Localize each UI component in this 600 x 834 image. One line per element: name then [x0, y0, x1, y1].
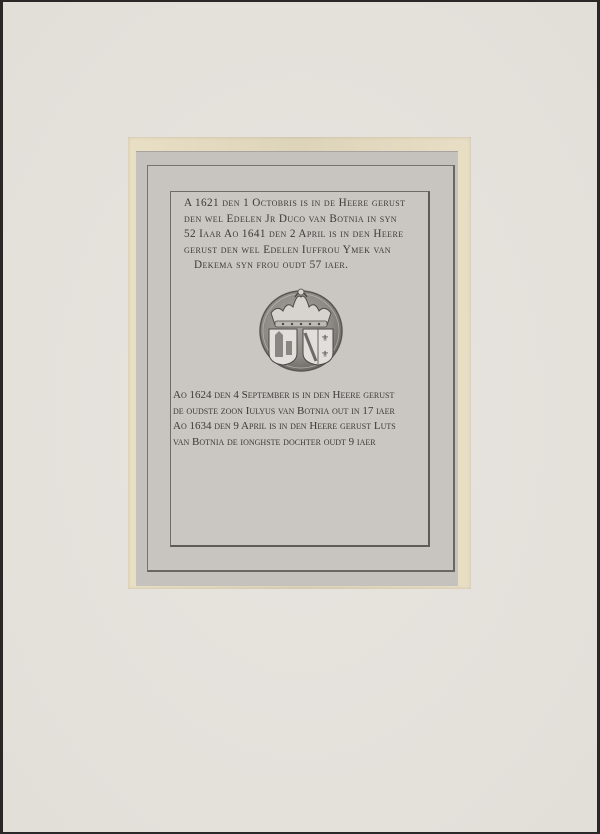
top-inscription: A 1621 den 1 Octobris is in de Heere ger…: [184, 196, 405, 274]
inscription-line: gerust den wel Edelen Iuffrou Ymek van: [184, 243, 405, 259]
inscription-line: 52 Iaar Ao 1641 den 2 April is in den He…: [184, 227, 405, 243]
inscription-line: Ao 1634 den 9 April is in den Heere geru…: [173, 419, 396, 435]
inscription-line: Ao 1624 den 4 September is in den Heere …: [173, 388, 396, 404]
coat-of-arms-icon: ⚜ ⚜: [255, 283, 347, 375]
inscription-line: A 1621 den 1 Octobris is in de Heere ger…: [184, 196, 405, 212]
bottom-inscription: Ao 1624 den 4 September is in den Heere …: [173, 388, 396, 450]
inscription-line: den wel Edelen Jr Duco van Botnia in syn: [184, 212, 405, 228]
inscription-line: de oudste zoon Iulyus van Botnia out in …: [173, 404, 396, 420]
svg-text:⚜: ⚜: [321, 333, 329, 343]
inscription-line: Dekema syn frou oudt 57 iaer.: [184, 258, 405, 274]
inscription-line: van Botnia de ionghste dochter oudt 9 ia…: [173, 435, 396, 451]
svg-text:⚜: ⚜: [321, 349, 329, 359]
